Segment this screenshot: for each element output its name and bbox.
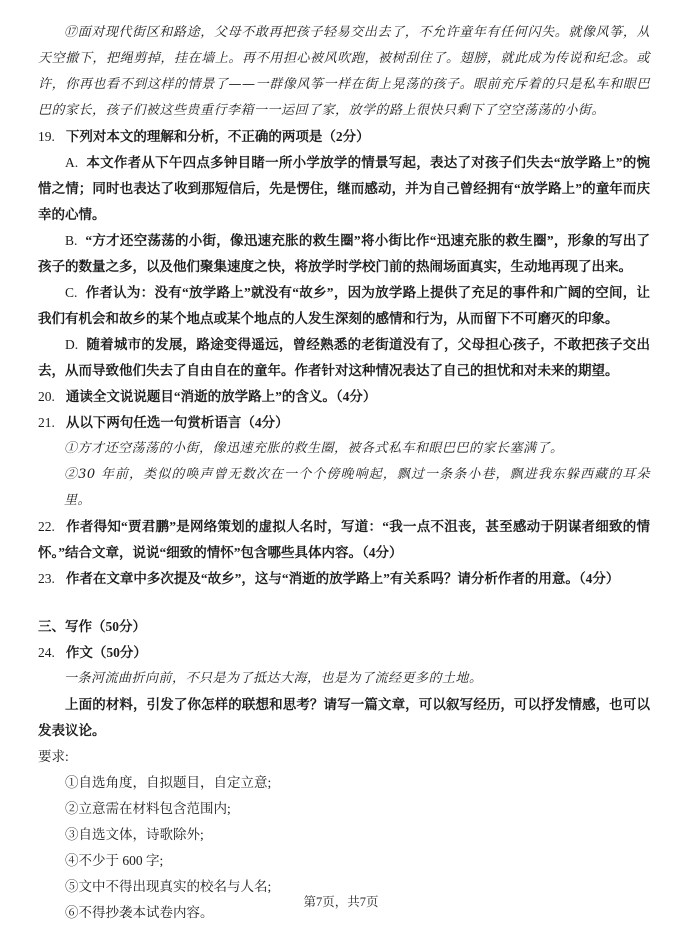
requirement-3: ③自选文体，诗歌除外; <box>38 822 650 848</box>
passage-paragraph-17: ⑰面对现代街区和路途，父母不敢再把孩子轻易交出去了，不允许童年有任何闪失。就像风… <box>38 20 650 124</box>
exam-page: ⑰面对现代街区和路途，父母不敢再把孩子轻易交出去了，不允许童年有任何闪失。就像风… <box>0 0 682 926</box>
question-19-option-c: C.作者认为：没有“放学路上”就没有“故乡”，因为放学路上提供了充足的事件和广阔… <box>38 280 650 332</box>
question-19-option-b: B.“方才还空荡荡的小街，像迅速充胀的救生圈”将小街比作“迅速充胀的救生圈”，形… <box>38 228 650 280</box>
requirements-label: 要求: <box>38 744 650 770</box>
option-a-text: 本文作者从下午四点多钟目睹一所小学放学的情景写起，表达了对孩子们失去“放学路上”… <box>38 155 650 222</box>
question-19-stem: 下列对本文的理解和分析，不正确的两项是（2分） <box>66 129 370 144</box>
question-24: 24.作文（50分） <box>38 640 650 666</box>
question-22-text: 作者得知“贾君鹏”是网络策划的虚拟人名时，写道：“我一点不沮丧，甚至感动于阴谋者… <box>38 519 650 560</box>
requirement-4: ④不少于 600 字; <box>38 848 650 874</box>
writing-section-title: 三、写作（50分） <box>38 614 650 640</box>
question-19-number: 19. <box>38 129 55 144</box>
option-c-text: 作者认为：没有“放学路上”就没有“故乡”，因为放学路上提供了充足的事件和广阔的空… <box>38 285 650 326</box>
option-b-label: B. <box>65 233 77 248</box>
question-21: 21.从以下两句任选一句赏析语言（4分） <box>38 410 650 436</box>
question-20: 20.通读全文说说题目“消逝的放学路上”的含义。（4分） <box>38 384 650 410</box>
question-21-sentence-1: ①方才还空荡荡的小街，像迅速充胀的救生圈，被各式私车和眼巴巴的家长塞满了。 <box>38 436 650 462</box>
option-b-text: “方才还空荡荡的小街，像迅速充胀的救生圈”将小街比作“迅速充胀的救生圈”，形象的… <box>38 233 650 274</box>
option-c-label: C. <box>65 285 77 300</box>
option-a-label: A. <box>65 155 78 170</box>
requirement-1: ①自选角度，自拟题目，自定立意; <box>38 770 650 796</box>
question-20-number: 20. <box>38 389 55 404</box>
question-24-title: 作文（50分） <box>66 645 147 660</box>
question-19-option-a: A.本文作者从下午四点多钟目睹一所小学放学的情景写起，表达了对孩子们失去“放学路… <box>38 150 650 228</box>
question-23-text: 作者在文章中多次提及“故乡”，这与“消逝的放学路上”有关系吗？请分析作者的用意。… <box>66 571 620 586</box>
question-24-number: 24. <box>38 645 55 660</box>
option-d-text: 随着城市的发展，路途变得遥远，曾经熟悉的老街道没有了，父母担心孩子，不敢把孩子交… <box>38 337 650 378</box>
exam-content: ⑰面对现代街区和路途，父母不敢再把孩子轻易交出去了，不允许童年有任何闪失。就像风… <box>0 0 682 926</box>
writing-prompt: 上面的材料，引发了你怎样的联想和思考？请写一篇文章，可以叙写经历，可以抒发情感，… <box>38 692 650 744</box>
question-21-text: 从以下两句任选一句赏析语言（4分） <box>66 415 289 430</box>
question-21-sentence-2: ②30 年前，类似的唤声曾无数次在一个个傍晚响起，飘过一条条小巷，飘进我东躲西藏… <box>38 462 650 514</box>
page-number-footer: 第7页，共7页 <box>0 892 682 910</box>
question-19-option-d: D.随着城市的发展，路途变得遥远，曾经熟悉的老街道没有了，父母担心孩子，不敢把孩… <box>38 332 650 384</box>
question-23-number: 23. <box>38 571 55 586</box>
requirement-2: ②立意需在材料包含范围内; <box>38 796 650 822</box>
option-d-label: D. <box>65 337 78 352</box>
writing-material: 一条河流曲折向前，不只是为了抵达大海，也是为了流经更多的土地。 <box>38 666 650 692</box>
question-22-number: 22. <box>38 519 55 534</box>
question-23: 23.作者在文章中多次提及“故乡”，这与“消逝的放学路上”有关系吗？请分析作者的… <box>38 566 650 592</box>
question-22: 22.作者得知“贾君鹏”是网络策划的虚拟人名时，写道：“我一点不沮丧，甚至感动于… <box>38 514 650 566</box>
question-21-number: 21. <box>38 415 55 430</box>
question-20-text: 通读全文说说题目“消逝的放学路上”的含义。（4分） <box>66 389 377 404</box>
question-19: 19.下列对本文的理解和分析，不正确的两项是（2分） <box>38 124 650 150</box>
